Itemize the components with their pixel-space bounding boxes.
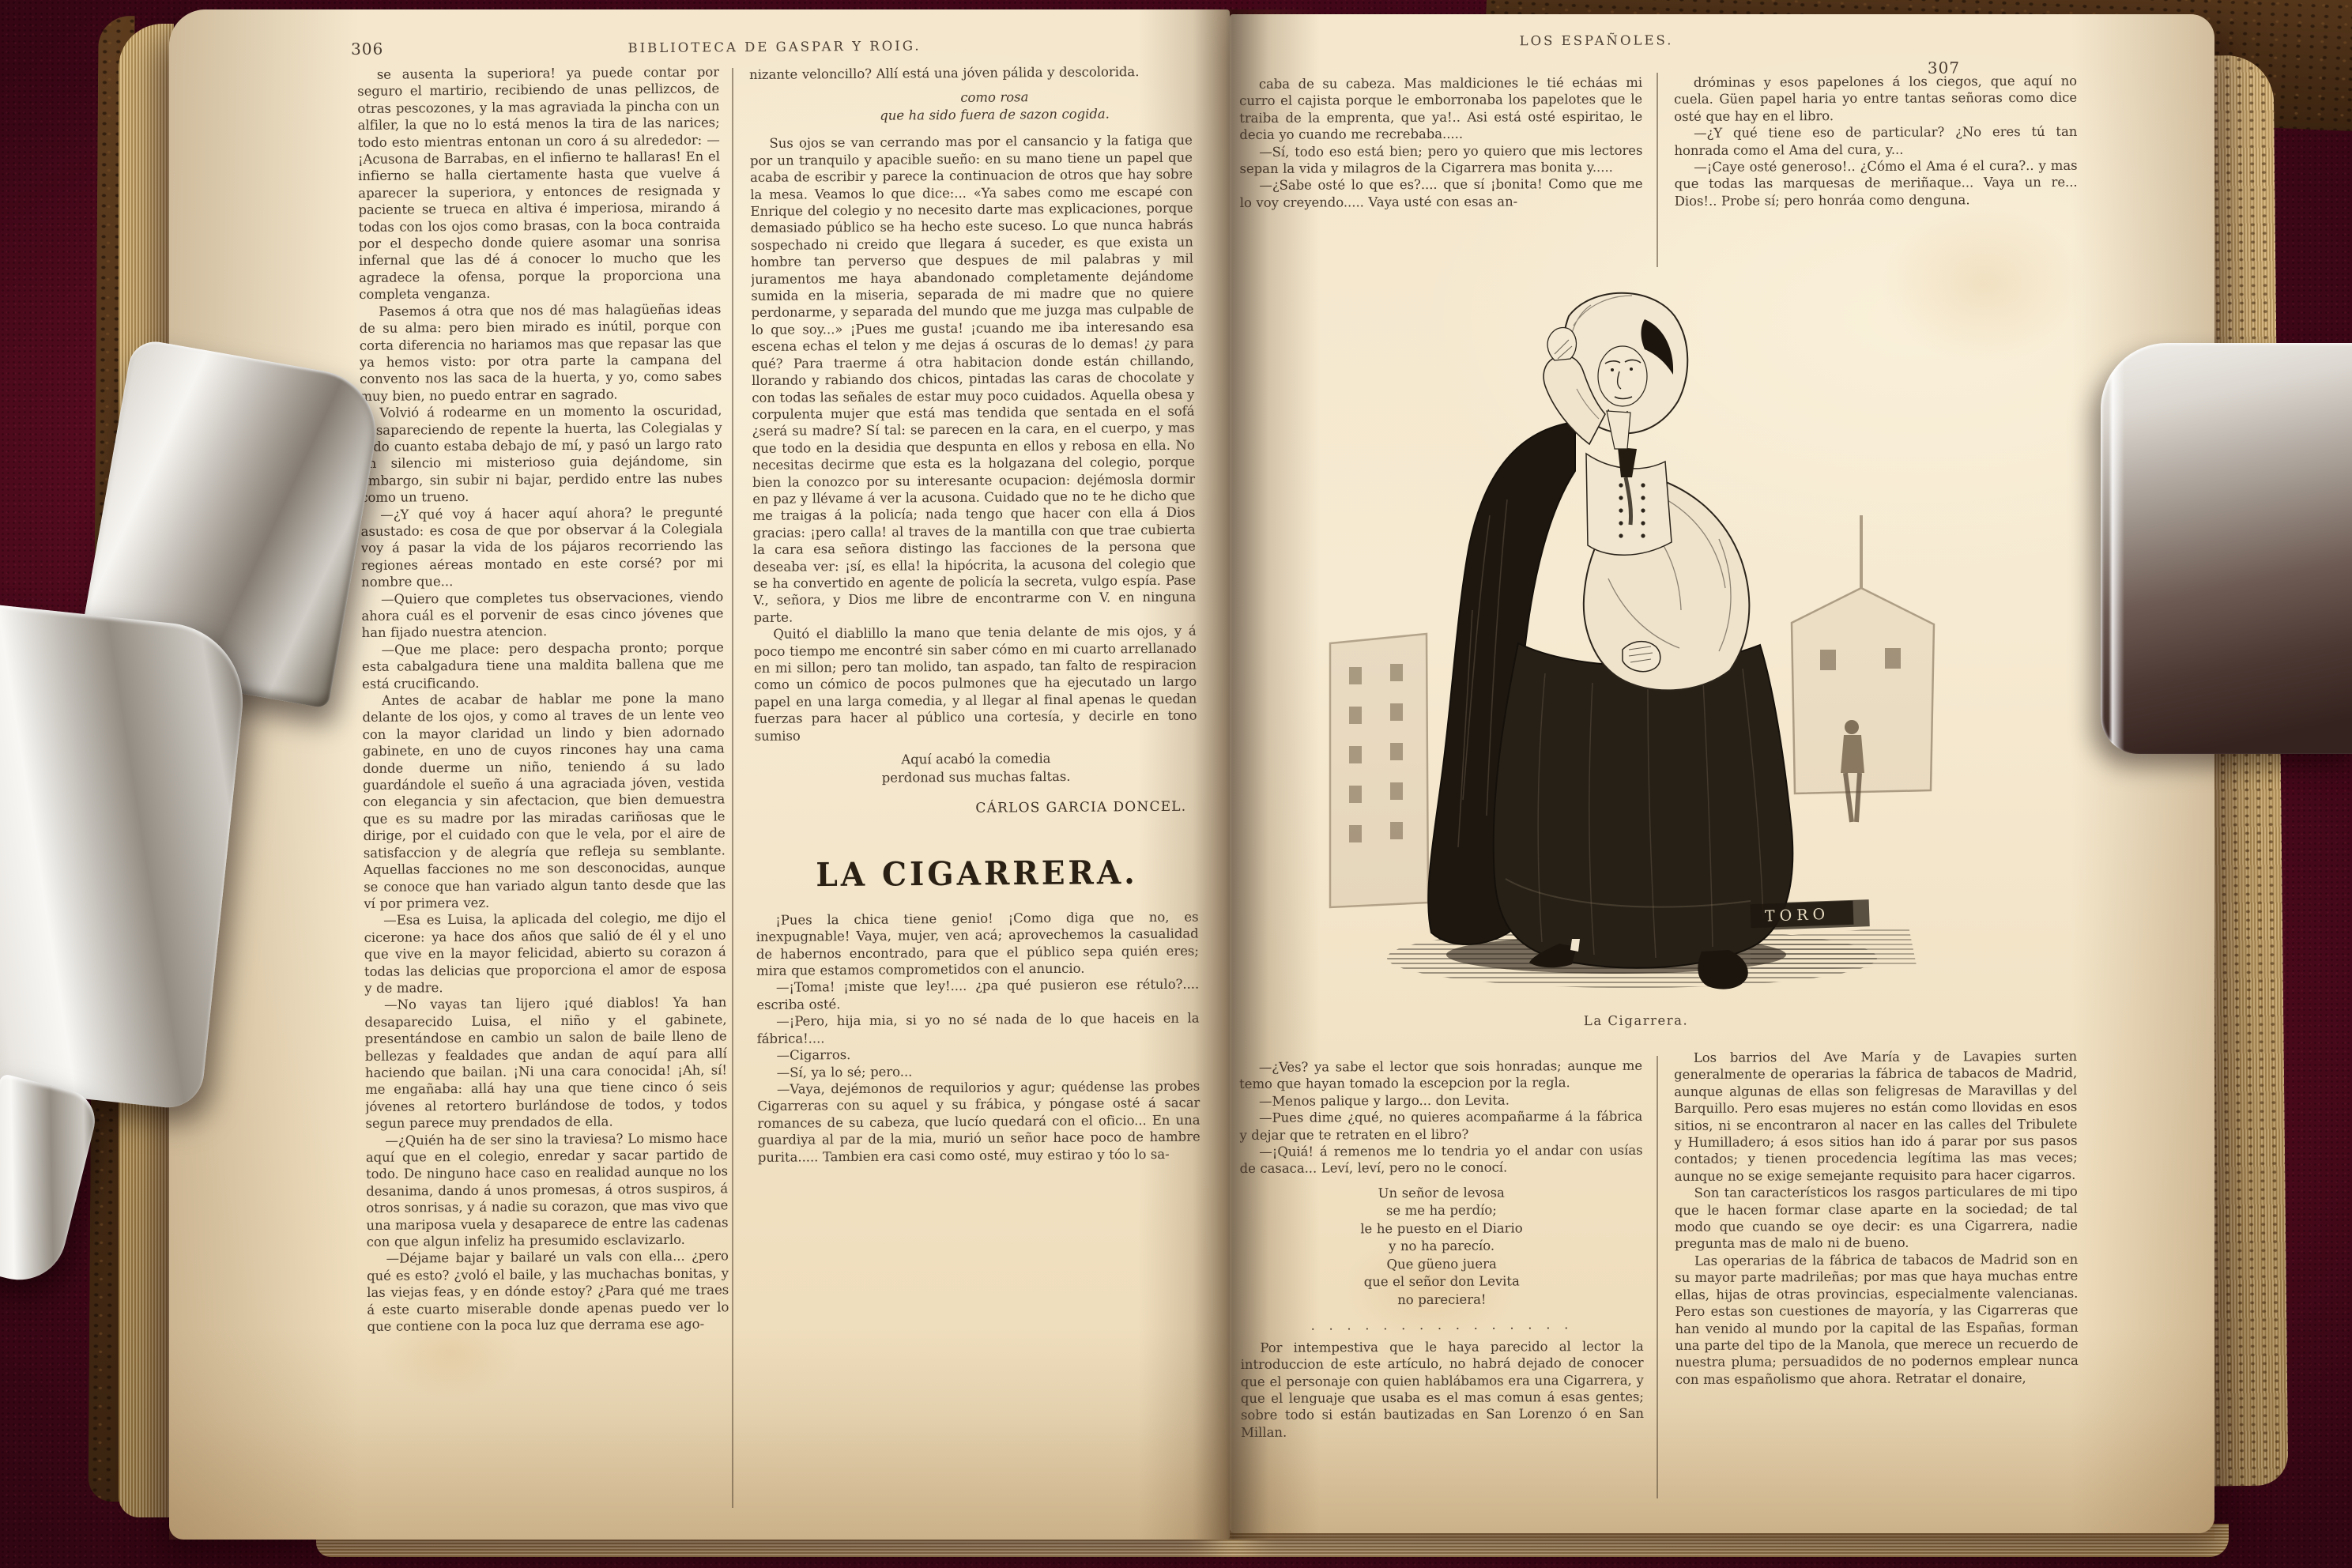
- col2-paragraphs: Sus ojos se van cerrando mas por el cans…: [750, 132, 1197, 744]
- paragraph: ¡Pues la chica tiene genio! ¡Como diga q…: [756, 908, 1199, 979]
- paragraph: —Quiero que completes tus observaciones,…: [361, 588, 723, 642]
- paragraph: —¡Pero, hija mia, si yo no sé nada de lo…: [756, 1010, 1199, 1047]
- paragraph: —Que me place: pero despacha pronto; por…: [362, 639, 724, 692]
- paragraph: —¿Y qué tiene eso de particular? ¿No ere…: [1674, 123, 2077, 159]
- left-column-1: se ausenta la superiora! ya puede contar…: [357, 63, 730, 1521]
- paragraph: —Esa es Luisa, la aplicada del colegio, …: [364, 910, 726, 997]
- paragraph: —Déjame bajar y bailaré un vals con ella…: [367, 1248, 729, 1336]
- paragraph: —¿Y qué voy á hacer aquí ahora? le pregu…: [360, 503, 723, 591]
- right-column-4-bottom: Los barrios del Ave María y de Lavapies …: [1674, 1048, 2079, 1506]
- right-page-clip[interactable]: [2101, 343, 2352, 754]
- closing-paragraph: Por intempestiva que le haya parecido al…: [1241, 1338, 1645, 1442]
- article-paragraphs: ¡Pues la chica tiene genio! ¡Como diga q…: [756, 908, 1200, 1165]
- background-house-right: [1792, 515, 1934, 793]
- paragraph: —¿Ves? ya sabe el lector que sois honrad…: [1239, 1057, 1642, 1093]
- left-page-clip-tail[interactable]: [0, 1073, 101, 1290]
- paragraph: Sus ojos se van cerrando mas por el cans…: [750, 132, 1197, 626]
- paragraph: —¡Quiá! á remenos me lo tendria yo el an…: [1239, 1142, 1642, 1178]
- col3-bottom-paragraphs: —¿Ves? ya sabe el lector que sois honrad…: [1239, 1057, 1643, 1178]
- paragraph: —Menos palique y largo... don Levita.: [1239, 1091, 1642, 1110]
- author-signature: CÁRLOS GARCIA DONCEL.: [755, 799, 1186, 820]
- paragraph: dróminas y esos papelones á los ciegos, …: [1674, 73, 2077, 125]
- paragraph: Pasemos á otra que nos dé mas halagüeñas…: [359, 300, 722, 405]
- right-column-4-top: dróminas y esos papelones á los ciegos, …: [1674, 73, 2078, 277]
- verse-line: que el señor don Levita: [1240, 1272, 1643, 1292]
- skirt: [1494, 643, 1793, 968]
- cigarrera-engraving: TORO: [1308, 278, 1948, 1005]
- paragraph: Las operarias de la fábrica de tabacos d…: [1675, 1251, 2079, 1388]
- column-rule-left-page: [732, 68, 733, 1508]
- paragraph: —¡Toma! ¡miste que ley!.... ¿pa qué pusi…: [756, 976, 1199, 1013]
- closing-couplet: Aquí acabó la comediaperdonad sus muchas…: [755, 749, 1197, 788]
- paragraph: —Pues dime ¿qué, no quieres acompañarme …: [1239, 1108, 1642, 1144]
- verse-line: Un señor de levosa: [1240, 1184, 1643, 1204]
- paragraph: Volvió á rodearme en un momento la oscur…: [360, 402, 722, 507]
- right-column-3-bottom: —¿Ves? ya sabe el lector que sois honrad…: [1239, 1057, 1644, 1506]
- verse-epigraph: como rosaque ha sido fuera de sazon cogi…: [797, 88, 1192, 126]
- paragraph: —Sí, todo eso está bien; pero yo quiero …: [1239, 141, 1642, 177]
- photograph-of-open-book: 306 BIBLIOTECA DE GASPAR Y ROIG. LOS ESP…: [0, 0, 2352, 1568]
- paragraph: Antes de acabar de hablar me pone la man…: [362, 689, 726, 912]
- verse-line: y no ha parecío.: [1240, 1237, 1643, 1257]
- verse-line: no pareciera!: [1240, 1291, 1643, 1310]
- paragraph: Son tan característicos los rasgos parti…: [1675, 1183, 2078, 1253]
- paragraph: —¿Sabe osté lo que es?.... que sí ¡bonit…: [1240, 175, 1643, 211]
- paragraph: Quitó el diablillo la mano que tenia del…: [754, 623, 1197, 744]
- verse-line: que ha sido fuera de sazon cogida.: [797, 105, 1192, 126]
- verse-line: Que güeno juera: [1240, 1255, 1643, 1275]
- verse-line: se me ha perdío;: [1240, 1201, 1643, 1221]
- background-building-left: [1330, 634, 1428, 907]
- column-rule-right-top: [1657, 73, 1658, 267]
- article-title: LA CIGARRERA.: [756, 864, 1198, 885]
- left-column-2: nizante veloncillo? Allí está una jóven …: [749, 63, 1203, 1521]
- small-background-figure: [1841, 720, 1864, 822]
- copla-verse: Un señor de levosase me ha perdío;le he …: [1240, 1184, 1644, 1310]
- engraver-signature: TORO: [1765, 906, 1830, 925]
- right-column-3-top: caba de su cabeza. Mas maldiciones le ti…: [1239, 74, 1643, 273]
- dotted-separator: . . . . . . . . . . . . . . .: [1240, 1316, 1643, 1335]
- verse-line: le he puesto en el Diario: [1240, 1219, 1643, 1239]
- continuation-paragraph: nizante veloncillo? Allí está una jóven …: [749, 63, 1192, 84]
- paragraph: caba de su cabeza. Mas maldiciones le ti…: [1239, 74, 1642, 144]
- paragraph: —Vaya, dejémonos de requilorios y agur; …: [757, 1077, 1200, 1165]
- column-rule-right-bottom: [1657, 1056, 1658, 1498]
- bodice: [1586, 447, 1672, 555]
- paragraph: Los barrios del Ave María y de Lavapies …: [1674, 1048, 2078, 1185]
- paragraph: —No vayas tan lijero ¡qué diablos! Ya ha…: [364, 994, 727, 1133]
- paragraph: —¿Quién ha de ser sino la traviesa? Lo m…: [366, 1129, 729, 1250]
- verse-line: perdonad sus muchas faltas.: [755, 767, 1197, 788]
- paragraph: —¡Caye osté generoso!.. ¿Cómo el Ama é e…: [1674, 157, 2077, 209]
- paragraph: se ausenta la superiora! ya puede contar…: [357, 63, 721, 303]
